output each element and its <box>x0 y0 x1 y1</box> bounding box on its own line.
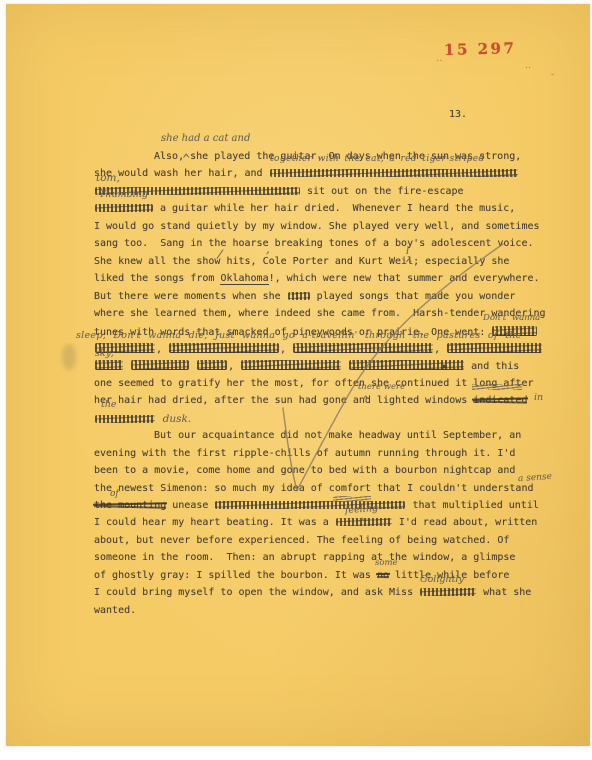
crossed-out-text: no <box>377 570 389 582</box>
typed-text: , <box>156 344 168 355</box>
handwritten-note: , <box>266 244 270 254</box>
typed-text: played songs that made you wonder <box>311 291 516 302</box>
typed-line: I could bring myself to open the window,… <box>94 587 531 599</box>
handwritten-note: she had a cat and <box>161 134 250 144</box>
typed-line: she would wash her hair, and <box>94 168 519 180</box>
crossed-out-scribble <box>420 588 476 596</box>
handwritten-note: sleep, Don't wanna die, Just wanna go a-… <box>76 331 522 341</box>
typed-line: But our acquaintance did not make headwa… <box>154 430 521 442</box>
typed-text: evening with the first ripple-chills of … <box>94 448 515 459</box>
typed-line: I would go stand quietly by my window. S… <box>94 221 540 233</box>
crossed-out-scribble <box>447 343 542 353</box>
archive-stamp: 15 297 <box>444 39 517 59</box>
typed-line: dusk. <box>94 413 191 426</box>
handwritten-note: there were <box>358 382 405 392</box>
typed-line: But there were moments when she played s… <box>94 291 515 303</box>
crossed-out-scribble <box>95 415 155 423</box>
manuscript-scan: 15 297 13. Also, she played the guitar. … <box>0 0 592 760</box>
typed-text: someone in the room. Then: an abrupt rap… <box>94 552 515 563</box>
stamp-mark: ‥ <box>525 61 531 71</box>
typed-text: unease <box>166 500 214 511</box>
typed-text: a guitar while her hair dried. Whenever … <box>154 203 515 214</box>
handwritten-note: tom, <box>96 173 120 183</box>
handwritten-note: l <box>406 247 409 257</box>
typed-text: , <box>280 344 292 355</box>
handwritten-note: Golightly <box>420 575 464 585</box>
typed-text: sit out on the fire-escape <box>301 186 464 197</box>
crossed-out-scribble <box>169 343 279 353</box>
typed-text: where she learned them, where indeed she… <box>94 308 546 319</box>
typed-text: But there were moments when she <box>94 291 287 302</box>
typed-line: sit out on the fire-escape <box>94 186 464 198</box>
typed-text: , <box>228 361 240 372</box>
typed-text: about, but never before experienced. The… <box>94 535 509 546</box>
typed-line: I could hear my heart beating. It was a … <box>94 517 537 529</box>
pencil-scratch <box>472 384 522 390</box>
caret-mark: ^ <box>405 259 413 272</box>
crossed-out-text: indicated <box>473 395 527 407</box>
typed-line: where she learned them, where indeed she… <box>94 308 546 320</box>
caret-mark: ^ <box>362 396 370 409</box>
handwritten-note: Thumbing <box>99 190 148 200</box>
typed-text <box>190 361 196 372</box>
handwritten-inline: dusk. <box>156 413 191 425</box>
typed-line: , , , <box>94 343 543 356</box>
typed-line: She knew all the show hits, Cole Porter … <box>94 256 509 268</box>
manuscript-page: 15 297 13. Also, she played the guitar. … <box>6 4 590 746</box>
typed-text: I could hear my heart beating. It was a <box>94 517 335 528</box>
arrow-mark: ▸ <box>443 362 448 372</box>
caret-mark: ^ <box>358 518 366 531</box>
handwritten-note: a sense <box>518 472 553 484</box>
typed-text: what she <box>477 587 531 598</box>
typed-text: her hair had dried, after the sun had go… <box>94 395 473 406</box>
crossed-out-text: the mounting <box>94 500 166 512</box>
crossed-out-scribble <box>241 360 341 370</box>
handwritten-note: in <box>534 393 543 403</box>
typed-text: of ghostly gray: I spilled the bourbon. … <box>94 570 377 581</box>
stamp-mark: - <box>551 70 554 80</box>
typed-text: I'd read about, written <box>393 517 538 528</box>
handwritten-note: Don't wanna <box>483 313 540 323</box>
typed-text <box>342 361 348 372</box>
typed-line: a guitar while her hair dried. Whenever … <box>94 203 515 215</box>
typed-text: , <box>434 344 446 355</box>
handwritten-note: some <box>375 558 398 568</box>
typed-line: , and this <box>94 360 519 373</box>
typed-text: liked the songs from <box>94 273 220 284</box>
crossed-out-scribble <box>270 169 518 177</box>
typed-text: and this <box>465 361 519 372</box>
typed-text: wanted. <box>94 605 136 616</box>
smudge-mark <box>62 344 76 370</box>
caret-mark: ^ <box>182 155 190 168</box>
typed-text: one seemed to gratify her the most, for … <box>94 378 534 389</box>
typed-text: But our acquaintance did not make headwa… <box>154 430 521 441</box>
typed-text: I would go stand quietly by my window. S… <box>94 221 540 232</box>
stamp-mark: ‥ <box>436 54 443 64</box>
crossed-out-scribble <box>293 343 433 353</box>
typed-line: one seemed to gratify her the most, for … <box>94 378 534 390</box>
typed-line: evening with the first ripple-chills of … <box>94 448 515 460</box>
typed-line: wanted. <box>94 605 136 617</box>
crossed-out-scribble <box>131 360 189 370</box>
typed-text <box>124 361 130 372</box>
crossed-out-scribble <box>197 360 227 370</box>
typed-line: liked the songs from Oklahoma!, which we… <box>94 273 540 285</box>
pencil-scratch <box>333 496 371 502</box>
crossed-out-scribble <box>95 204 153 212</box>
crossed-out-scribble <box>288 292 310 300</box>
typed-line: about, but never before experienced. The… <box>94 535 509 547</box>
handwritten-note: of <box>110 489 119 499</box>
typed-text: been to a movie, come home and gone to b… <box>94 465 515 476</box>
page-number: 13. <box>449 109 467 120</box>
typed-text: !, which were new that summer and everyw… <box>269 273 540 284</box>
typed-line: sang too. Sang in the hoarse breaking to… <box>94 238 534 250</box>
typed-text: sang too. Sang in the hoarse breaking to… <box>94 238 534 249</box>
typed-line: the mounting unease that multiplied unti… <box>94 500 539 512</box>
typed-line: the newest Simenon: so much my idea of c… <box>94 483 534 495</box>
typed-text: the newest Simenon: so much my idea of c… <box>94 483 534 494</box>
handwritten-note: together with the cat, a red tiger-strip… <box>270 154 485 164</box>
typed-text: that multiplied until <box>406 500 538 511</box>
handwritten-note: sky; <box>95 349 114 359</box>
crossed-out-scribble <box>95 360 123 370</box>
handwritten-note: feeling <box>345 504 379 516</box>
typed-text: she would wash her hair, and <box>94 168 269 179</box>
handwritten-note: the <box>101 400 117 410</box>
typed-line: someone in the room. Then: an abrupt rap… <box>94 552 515 564</box>
typed-text-underlined: Oklahoma <box>220 273 268 285</box>
typed-line: been to a movie, come home and gone to b… <box>94 465 515 477</box>
typed-text: She knew all the show hits, Cole Porter … <box>94 256 509 267</box>
typed-text: I could bring myself to open the window,… <box>94 587 419 598</box>
typed-line: her hair had dried, after the sun had go… <box>94 395 527 407</box>
